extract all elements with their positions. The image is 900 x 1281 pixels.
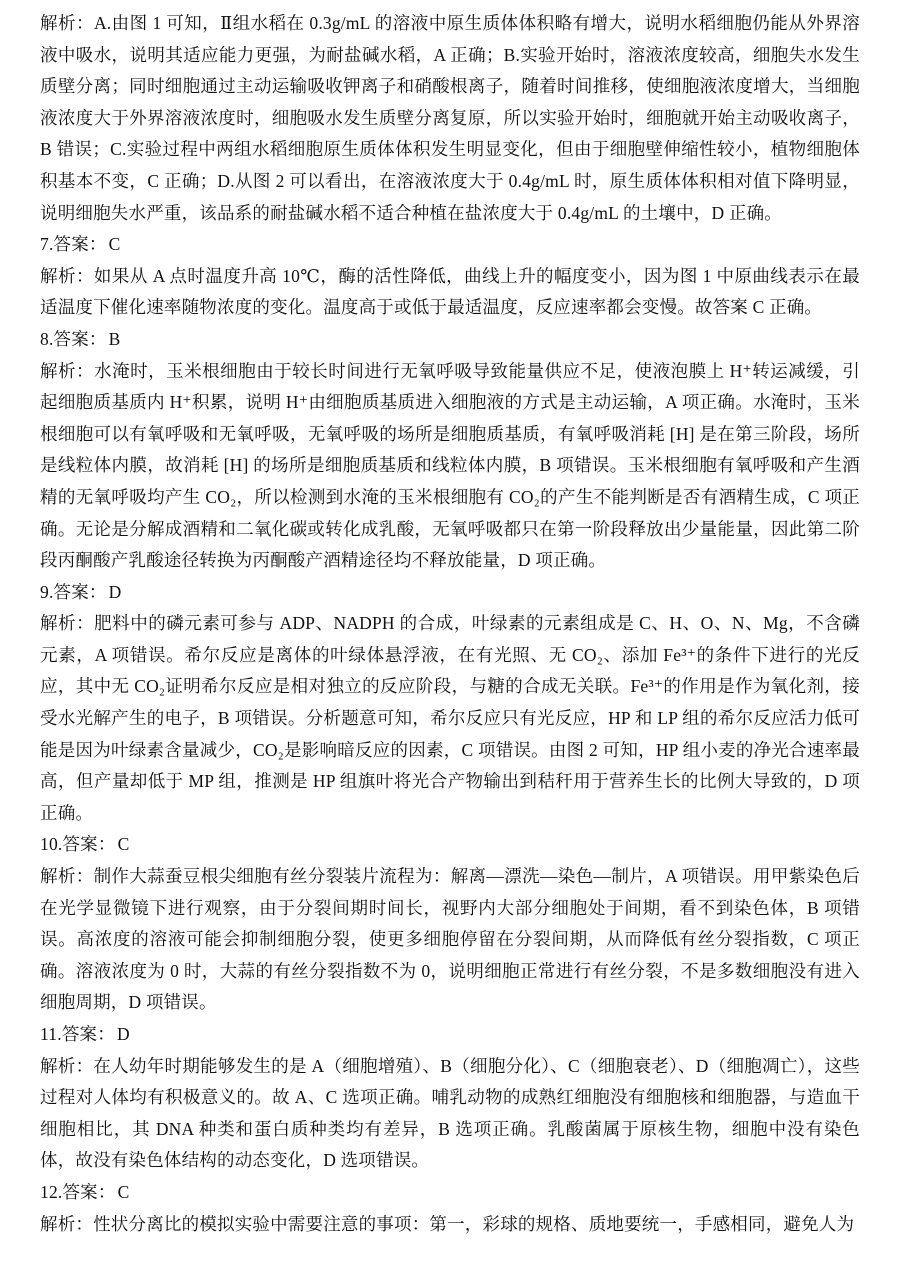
analysis-q7: 解析：如果从 A 点时温度升高 10℃，酶的活性降低，曲线上升的幅度变小，因为图… [40, 261, 860, 324]
answer-q7: 7.答案：C [40, 229, 860, 261]
analysis-q8: 解析：水淹时，玉米根细胞由于较长时间进行无氧呼吸导致能量供应不足，使液泡膜上 H… [40, 356, 860, 577]
answer-q10: 10.答案：C [40, 829, 860, 861]
analysis-q9: 解析：肥料中的磷元素可参与 ADP、NADPH 的合成，叶绿素的元素组成是 C、… [40, 608, 860, 829]
answer-q9: 9.答案：D [40, 577, 860, 609]
answer-label: 9.答案： [40, 582, 107, 602]
analysis-q11: 解析：在人幼年时期能够发生的是 A（细胞增殖）、B（细胞分化）、C（细胞衰老）、… [40, 1051, 860, 1177]
answer-q11: 11.答案：D [40, 1019, 860, 1051]
answer-label: 8.答案： [40, 329, 107, 349]
analysis-q10: 解析：制作大蒜蚕豆根尖细胞有丝分裂装片流程为：解离—漂洗—染色—制片，A 项错误… [40, 861, 860, 1019]
answer-value: D [115, 1024, 130, 1044]
answer-label: 10.答案： [40, 834, 116, 854]
answer-value: C [116, 1182, 130, 1202]
analysis-q6: 解析：A.由图 1 可知，Ⅱ组水稻在 0.3g/mL 的溶液中原生质体体积略有增… [40, 8, 860, 229]
answer-value: B [107, 329, 121, 349]
answer-label: 12.答案： [40, 1182, 116, 1202]
answer-key-document: 解析：A.由图 1 可知，Ⅱ组水稻在 0.3g/mL 的溶液中原生质体体积略有增… [0, 0, 900, 1240]
answer-label: 7.答案： [40, 234, 107, 254]
answer-key-page: 解析：A.由图 1 可知，Ⅱ组水稻在 0.3g/mL 的溶液中原生质体体积略有增… [0, 0, 900, 1281]
answer-value: C [107, 234, 121, 254]
answer-value: C [116, 834, 130, 854]
answer-q12: 12.答案：C [40, 1177, 860, 1209]
answer-q8: 8.答案：B [40, 324, 860, 356]
answer-label: 11.答案： [40, 1024, 115, 1044]
answer-value: D [107, 582, 122, 602]
analysis-q12: 解析：性状分离比的模拟实验中需要注意的事项：第一，彩球的规格、质地要统一，手感相… [40, 1209, 860, 1241]
